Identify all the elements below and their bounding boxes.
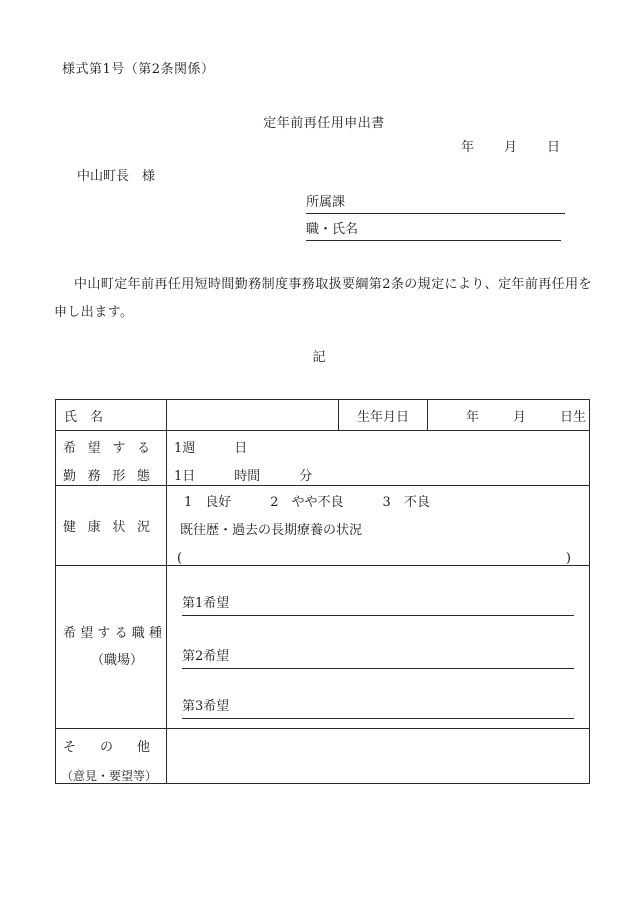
date-year-label: 年 bbox=[461, 136, 474, 155]
birthdate-label-cell: 生年月日 bbox=[338, 400, 427, 430]
table-row-work-style: 希望する 勤務形態 1週 日 1日 時間 分 bbox=[56, 431, 589, 486]
birthdate-value-cell: 年 月 日生 bbox=[427, 400, 589, 430]
health-history-label: 既往歴・過去の長期療養の状況 bbox=[167, 517, 589, 545]
birth-day-label: 日生 bbox=[560, 406, 586, 425]
body-paragraph: 中山町定年前再任用短時間勤務制度事務取扱要綱第2条の規定により、定年前再任用を … bbox=[54, 271, 572, 327]
second-choice-field: 第2希望 bbox=[182, 649, 574, 669]
form-number: 様式第1号（第2条関係） bbox=[62, 58, 215, 77]
department-label: 所属課 bbox=[306, 195, 345, 210]
position-name-field: 職・氏名 bbox=[306, 218, 561, 241]
third-choice-field: 第3希望 bbox=[182, 699, 574, 719]
table-row-other: その他 （意見・要望等） bbox=[56, 729, 589, 783]
health-content-cell: 1 良好 2 やや不良 3 不良 既往歴・過去の長期療養の状況 ( ) bbox=[166, 486, 589, 565]
name-label: 氏 名 bbox=[56, 406, 103, 425]
table-row-desired-job: 希望する職種 （職場） 第1希望 第2希望 第3希望 bbox=[56, 566, 589, 729]
addressee: 中山町長 様 bbox=[77, 165, 155, 184]
date-month-label: 月 bbox=[504, 136, 517, 155]
body-line-1: 中山町定年前再任用短時間勤務制度事務取扱要綱第2条の規定により、定年前再任用を bbox=[54, 271, 572, 299]
birth-year-label: 年 bbox=[466, 406, 479, 425]
desired-job-label-line1: 希望する職種 bbox=[63, 620, 162, 647]
birthdate-label: 生年月日 bbox=[357, 406, 409, 425]
other-content-cell bbox=[166, 729, 589, 783]
name-label-cell: 氏 名 bbox=[56, 400, 166, 430]
body-line-2: 申し出ます。 bbox=[54, 299, 572, 327]
application-table: 氏 名 生年月日 年 月 日生 希望する 勤務形態 1週 日 1日 時間 分 bbox=[55, 399, 590, 784]
other-label-line1: その他 bbox=[63, 734, 150, 762]
department-field: 所属課 bbox=[306, 191, 565, 214]
document-page: 様式第1号（第2条関係） 定年前再任用申出書 年 月 日 中山町長 様 所属課 … bbox=[0, 0, 630, 903]
work-week-line: 1週 日 bbox=[174, 435, 589, 463]
table-row-name: 氏 名 生年月日 年 月 日生 bbox=[56, 400, 589, 431]
health-label: 健康状況 bbox=[63, 516, 150, 535]
other-label-line2: （意見・要望等） bbox=[61, 762, 166, 790]
desired-job-label-cell: 希望する職種 （職場） bbox=[56, 566, 166, 728]
birth-month-label: 月 bbox=[513, 406, 526, 425]
first-choice-field: 第1希望 bbox=[182, 596, 574, 616]
work-style-label-line1: 希望する bbox=[63, 435, 150, 463]
health-label-cell: 健康状況 bbox=[56, 486, 166, 565]
health-options: 1 良好 2 やや不良 3 不良 bbox=[167, 489, 589, 517]
position-name-label: 職・氏名 bbox=[306, 222, 358, 237]
work-style-content-cell: 1週 日 1日 時間 分 bbox=[166, 431, 589, 485]
date-day-label: 日 bbox=[547, 136, 560, 155]
record-mark: 記 bbox=[0, 346, 630, 365]
table-row-health: 健康状況 1 良好 2 やや不良 3 不良 既往歴・過去の長期療養の状況 ( ) bbox=[56, 486, 589, 566]
work-style-label-cell: 希望する 勤務形態 bbox=[56, 431, 166, 485]
date-line: 年 月 日 bbox=[461, 136, 560, 155]
other-label-cell: その他 （意見・要望等） bbox=[56, 729, 166, 783]
desired-job-label-line2: （職場） bbox=[56, 647, 166, 674]
document-title: 定年前再任用申出書 bbox=[0, 112, 630, 131]
name-value-cell bbox=[166, 400, 338, 430]
desired-job-content-cell: 第1希望 第2希望 第3希望 bbox=[166, 566, 589, 728]
